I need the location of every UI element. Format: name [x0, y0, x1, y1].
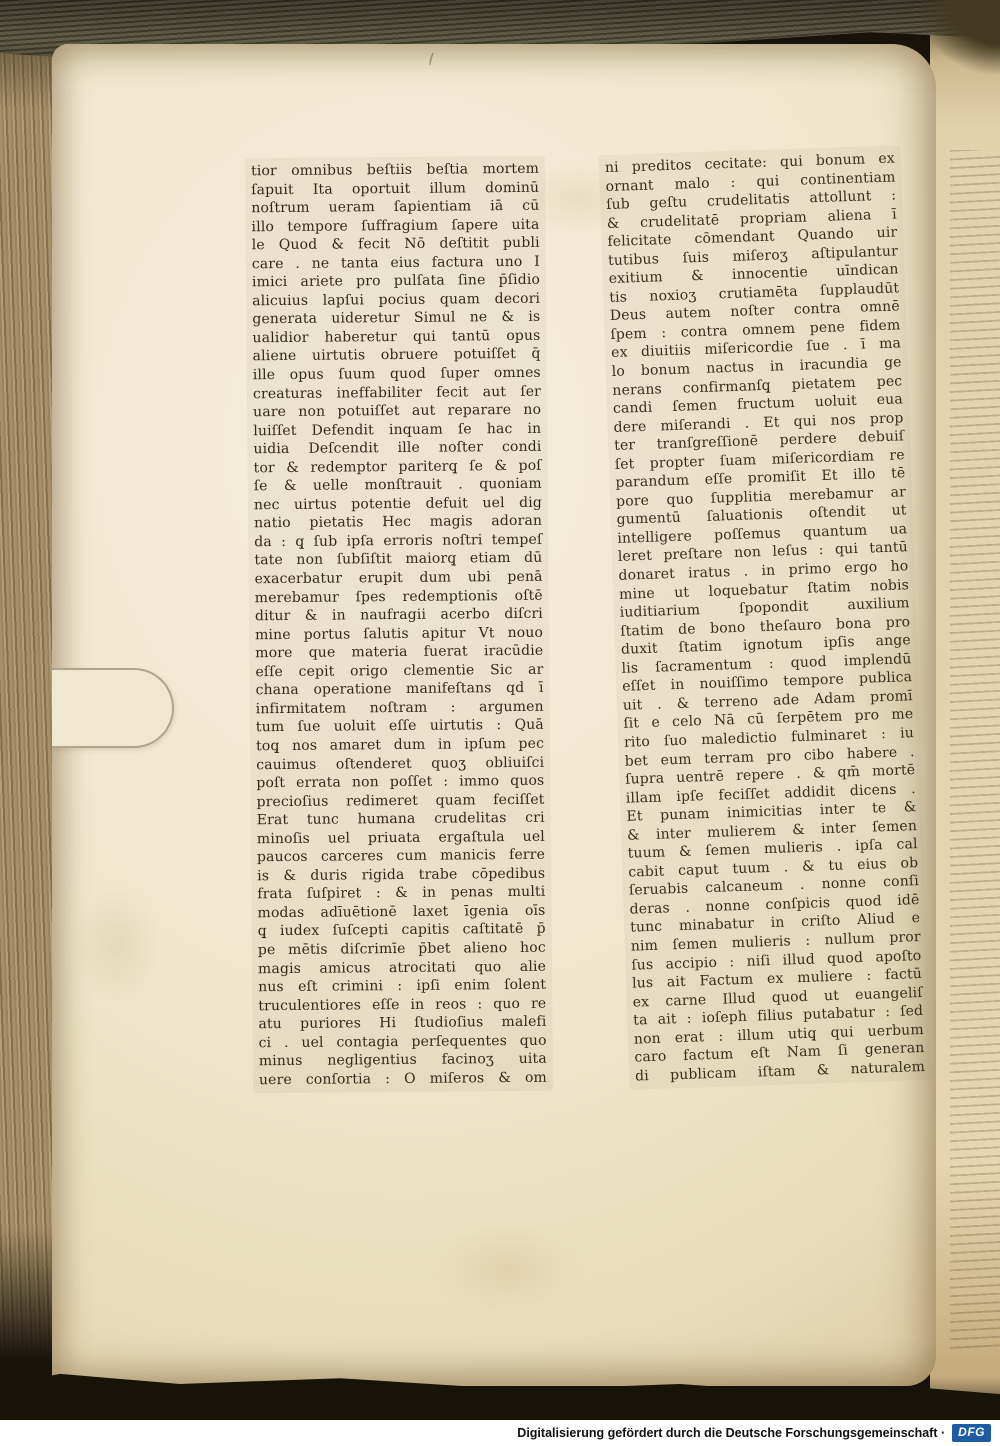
text-line: eſſe cepit origo clementie Sic ar	[255, 661, 543, 682]
text-line: uare non potuiſſet aut reparare no	[253, 401, 541, 422]
dfg-logo: DFG	[952, 1424, 991, 1442]
text-line: tum ſue uoluit eſſe uirtutis : Quā	[256, 716, 544, 737]
text-line: tior omnibus beſtiis beſtia mortem	[251, 160, 539, 181]
text-line: paucos carceres cum manicis ferre	[257, 846, 545, 867]
credit-text: Digitalisierung gefördert durch die Deut…	[517, 1426, 945, 1440]
manuscript-page: tior omnibus beſtiis beſtia mortemſapuit…	[52, 44, 936, 1386]
parchment-bookmark-tab	[52, 668, 174, 748]
text-line: uidia Deſcendit ille noſter condi	[253, 438, 541, 459]
text-line: Erat tunc humana crudelitas cri	[257, 809, 545, 830]
text-line: poſt errata non poſſet : immo quos	[256, 772, 544, 793]
text-column-left: tior omnibus beſtiis beſtia mortemſapuit…	[245, 156, 553, 1094]
text-line: modas adīuētionē laxet īgenia oīs	[257, 902, 545, 923]
text-line: magis amicus atrocitati quo alie	[258, 957, 546, 978]
text-line: imici ariete pro pulſata ſine p̄ſidio	[252, 271, 540, 292]
digitized-book-scan: { "scan": { "colors": { "paper": "#f0e7c…	[0, 0, 1000, 1446]
text-line: uere conſortia : O miſeros & om	[259, 1069, 547, 1090]
text-line: precioſius redimeret quam feciſſet	[256, 790, 544, 811]
next-leaf-text-showthrough	[950, 150, 1000, 1350]
text-line: ille opus ſuum quod ſuper omnes	[253, 364, 541, 385]
text-line: q̧ iudex ſuſcepti capitis caſtitatē p̄	[258, 920, 546, 941]
paper-stain	[432, 1224, 582, 1314]
text-line: nec uirtus potentie defuit uel dig	[254, 494, 542, 515]
text-line: ualidior haberetur qui tantū opus	[252, 327, 540, 348]
text-line: ſapuit Ita oportuit illum dominū	[251, 178, 539, 199]
text-line: ſe & uelle monſtrauit . quoniam	[254, 475, 542, 496]
text-line: frata ſuſpiret : & in penas multi	[257, 883, 545, 904]
ink-mark	[428, 52, 435, 67]
text-line: infirmitatem noſtram : argumen	[256, 698, 544, 719]
next-leaf-fore-edge	[930, 0, 1000, 1420]
text-line: chana operatione manifeſtans qd ī	[255, 679, 543, 700]
text-line: alicuius lapſui pocius quam decori	[252, 290, 540, 311]
text-line: le Quod & fecit Nō deſtitit publi	[252, 234, 540, 255]
text-line: luiſſet Defendit inquam ſe hac in	[253, 419, 541, 440]
text-line: aliene uirtutis obruere potuiſſet q̄	[253, 345, 541, 366]
text-line: mine portus ſalutis apitur Vt nouo	[255, 623, 543, 644]
text-line: more que materia fuerat iracūdie	[255, 642, 543, 663]
paper-stain	[72, 884, 162, 1004]
text-line: da : q̧ ſub ipſa erroris noſtri tempeſ	[254, 531, 542, 552]
text-line: care . ne tanta eius factura uno I	[252, 252, 540, 273]
text-line: truculentiores eſſe in reos : quo re	[258, 994, 546, 1015]
text-line: ditur & in naufragii acerbo diſcri	[255, 605, 543, 626]
text-line: toq̧ nos amaret dum in ipſum pec	[256, 735, 544, 756]
text-line: atu puriores Hi ſtudioſius malefi	[258, 1013, 546, 1034]
text-line: generata uideretur Simul ne & is	[252, 308, 540, 329]
text-line: exacerbatur erupit dum ubi penā	[255, 568, 543, 589]
text-line: natio pietatis Hec magis adoran	[254, 512, 542, 533]
text-line: ci . uel contagia perſequentes quo	[259, 1031, 547, 1052]
text-line: nus eſt crimini : ipſi enim ſolent	[258, 976, 546, 997]
text-line: is & duris rigida trabe cōpedibus	[257, 865, 545, 886]
text-line: creaturas ineffabiliter fecit aut ſer	[253, 382, 541, 403]
text-line: minus negligentius facinoʒ uita	[259, 1050, 547, 1071]
text-line: pe mētis diſcrimīe p̄bet alieno hoc	[258, 939, 546, 960]
text-column-right: ni preditos cecitate: qui bonum exornant…	[599, 145, 932, 1090]
text-line: tor & redemptor pariterq̧ ſe & poſ	[254, 456, 542, 477]
text-line: cauimus oſtenderet quoʒ obliuiſci	[256, 753, 544, 774]
text-line: minoſis uel priuata ergaſtula uel	[257, 827, 545, 848]
text-line: noſtrum ueram ſapientiam iā cū	[251, 197, 539, 218]
digitization-credit-bar: Digitalisierung gefördert durch die Deut…	[0, 1420, 1000, 1446]
text-line: merebamur ſpes redemptionis oſtē	[255, 586, 543, 607]
text-line: illo tempore ſuffragium ſapere uita	[251, 215, 539, 236]
text-line: tate non ſubſiſtit maiorq̧ etiam dū	[254, 549, 542, 570]
